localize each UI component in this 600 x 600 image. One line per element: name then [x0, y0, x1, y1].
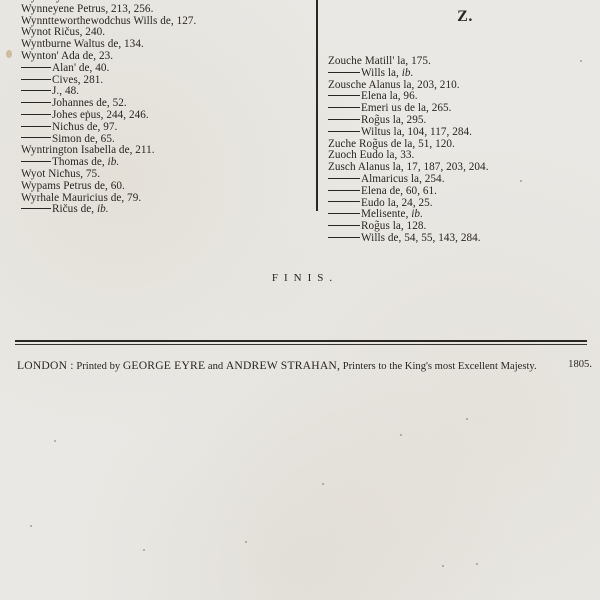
imprint-city: LONDON : — [17, 359, 74, 372]
entry-text: Zusch Alanus la, 17, 187, 203, 204. — [328, 161, 489, 173]
entry-text: Johannes de, 52. — [52, 97, 127, 109]
column-divider — [316, 0, 318, 211]
entry-text: Alan' de, 40. — [52, 62, 109, 74]
entry-text: Elena de, 60, 61. — [361, 185, 437, 197]
entry-text: Wyot Nicħus, 75. — [21, 168, 100, 180]
paper-speck — [30, 525, 32, 527]
imprint-printer-2: ANDREW STRAHAN, — [226, 359, 340, 372]
finis-heading: FINIS. — [0, 272, 600, 284]
paper-speck — [580, 60, 582, 62]
ditto-dash — [328, 225, 360, 226]
entry-text: Almaricus la, 254. — [361, 173, 445, 185]
entry-text: J., 48. — [52, 85, 79, 97]
ditto-dash — [328, 190, 360, 191]
index-column-left: Wynnieyate ... Wynneyene Petrus, 213, 25… — [21, 0, 311, 216]
index-subentry: Wills de, 54, 55, 143, 284. — [328, 233, 588, 245]
ditto-dash — [21, 67, 51, 68]
entry-text: Wiltus la, 104, 117, 284. — [361, 126, 472, 138]
imprint-printed-by: Printed by — [76, 361, 120, 372]
entry-text: Wynot Ričus, 240. — [21, 26, 105, 38]
entry-text: Ričus de, — [52, 203, 97, 215]
entry-text: Wyrhale Mauricius de, 79. — [21, 192, 141, 204]
entry-text: Wypams Petrus de, 60. — [21, 180, 125, 192]
entry-text: Wyntrington Isabella de, 211. — [21, 144, 155, 156]
entry-text: Emeri us de la, 265. — [361, 102, 451, 114]
entry-text: Zousche Alanus la, 203, 210. — [328, 79, 460, 91]
paper-speck — [520, 180, 522, 182]
ibidem-abbrev: ib. — [97, 203, 109, 215]
entry-text: Wynnieyate ... — [21, 0, 86, 3]
paper-speck — [245, 541, 247, 543]
ditto-dash — [21, 79, 51, 80]
double-rule-thick — [15, 340, 587, 342]
ditto-dash — [21, 208, 51, 209]
entry-text: Wills la, — [361, 67, 402, 79]
entry-text: Johes eṗus, 244, 246. — [52, 109, 149, 121]
imprint-title: Printers to the King's most Excellent Ma… — [343, 361, 537, 372]
ibidem-abbrev: ib. — [402, 67, 414, 79]
paper-speck — [322, 483, 324, 485]
index-column-right: Zouche Matill' la, 175. Wills la, ib. Zo… — [328, 56, 588, 245]
entry-text: Wynntteworthewodchus Wills de, 127. — [21, 15, 196, 27]
paper-speck — [143, 549, 145, 551]
entry-text: Nicħus de, 97. — [52, 121, 117, 133]
double-rule-thin — [15, 344, 587, 345]
imprint-printer-1: GEORGE EYRE — [123, 359, 205, 372]
paper-speck — [476, 563, 478, 565]
ditto-dash — [328, 119, 360, 120]
ibidem-abbrev: ib. — [411, 208, 423, 220]
entry-text: Zuoch Eudo la, 33. — [328, 149, 414, 161]
paper-speck — [400, 434, 402, 436]
entry-text: Elena la, 96. — [361, 90, 418, 102]
entry-text: Simon de, 65. — [52, 133, 115, 145]
book-page: Wynnieyate ... Wynneyene Petrus, 213, 25… — [0, 0, 600, 600]
entry-text: Wynneyene Petrus, 213, 256. — [21, 3, 153, 15]
entry-text: Zuche Rog̃us de la, 51, 120. — [328, 138, 455, 150]
ditto-dash — [328, 131, 360, 132]
ibidem-abbrev: ib. — [108, 156, 120, 168]
ditto-dash — [328, 213, 360, 214]
ditto-dash — [21, 114, 51, 115]
imprint-and: and — [208, 361, 223, 372]
entry-text: Cives, 281. — [52, 74, 103, 86]
ditto-dash — [21, 90, 51, 91]
entry-text: Zouche Matill' la, 175. — [328, 55, 431, 67]
imprint-year: 1805. — [568, 359, 592, 372]
ditto-dash — [21, 102, 51, 103]
ditto-dash — [328, 201, 360, 202]
entry-text: Wyntburne Waltus de, 134. — [21, 38, 144, 50]
printer-imprint: LONDON : Printed by GEORGE EYRE and ANDR… — [17, 359, 592, 372]
ditto-dash — [21, 161, 51, 162]
entry-text: Eudo la, 24, 25. — [361, 197, 433, 209]
entry-text: Rog̃us la, 128. — [361, 220, 426, 232]
entry-text: Wynton' Ada de, 23. — [21, 50, 113, 62]
paper-speck — [466, 418, 468, 420]
letter-heading: Z. — [450, 8, 480, 26]
ditto-dash — [328, 178, 360, 179]
imprint-main: LONDON : Printed by GEORGE EYRE and ANDR… — [17, 359, 537, 372]
ditto-dash — [21, 137, 51, 138]
index-subentry: Ričus de, ib. — [21, 204, 311, 216]
paper-speck — [54, 440, 56, 442]
index-entry-cut-off: Wynnieyate ... — [21, 0, 311, 4]
ditto-dash — [328, 107, 360, 108]
paper-stain — [6, 50, 12, 58]
entry-text: Melisente, — [361, 208, 411, 220]
ditto-dash — [328, 237, 360, 238]
entry-text: Thomas de, — [52, 156, 108, 168]
ditto-dash — [328, 72, 360, 73]
ditto-dash — [21, 126, 51, 127]
ditto-dash — [328, 95, 360, 96]
entry-text: Wills de, 54, 55, 143, 284. — [361, 232, 481, 244]
paper-speck — [442, 565, 444, 567]
entry-text: Rog̃us la, 295. — [361, 114, 426, 126]
